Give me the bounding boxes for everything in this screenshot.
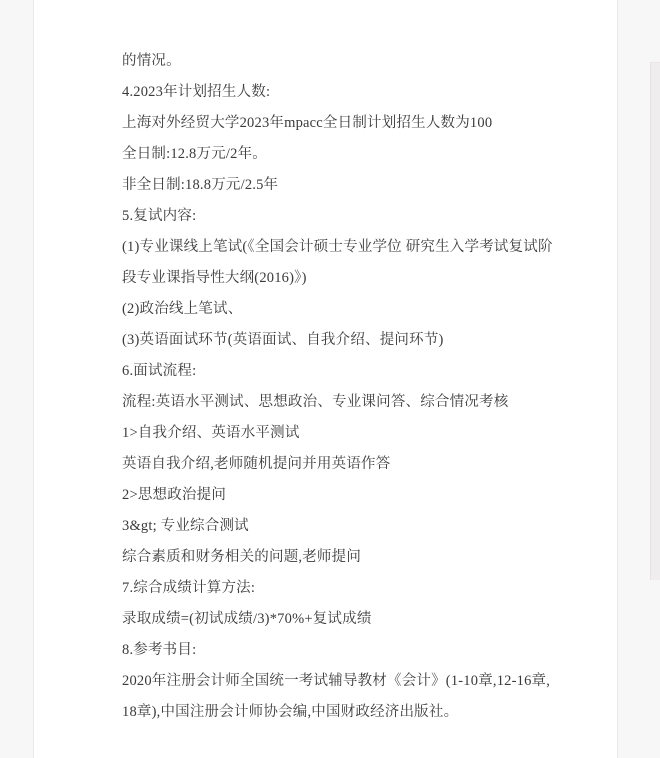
- text-line: 4.2023年计划招生人数:: [122, 85, 577, 100]
- text-line: 的情况。: [122, 54, 577, 69]
- text-line: 综合素质和财务相关的问题,老师提问: [122, 550, 577, 565]
- text-line: 6.面试流程:: [122, 364, 577, 379]
- scrollbar-thumb[interactable]: [650, 62, 660, 580]
- text-line: 录取成绩=(初试成绩/3)*70%+复试成绩: [122, 612, 577, 627]
- article-card: 的情况。 4.2023年计划招生人数: 上海对外经贸大学2023年mpacc全日…: [33, 0, 618, 758]
- text-line: 7.综合成绩计算方法:: [122, 581, 577, 596]
- text-line: (1)专业课线上笔试(《全国会计硕士专业学位 研究生入学考试复试阶: [122, 240, 577, 255]
- text-line: 8.参考书目:: [122, 643, 577, 658]
- text-line: 18章),中国注册会计师协会编,中国财政经济出版社。: [122, 705, 577, 720]
- text-line: 非全日制:18.8万元/2.5年: [122, 178, 577, 193]
- text-line: 英语自我介绍,老师随机提问并用英语作答: [122, 457, 577, 472]
- text-line: 3&gt; 专业综合测试: [122, 519, 577, 534]
- article-content: 的情况。 4.2023年计划招生人数: 上海对外经贸大学2023年mpacc全日…: [34, 0, 617, 736]
- text-line: 上海对外经贸大学2023年mpacc全日制计划招生人数为100: [122, 116, 577, 131]
- text-line: 全日制:12.8万元/2年。: [122, 147, 577, 162]
- text-line: 1>自我介绍、英语水平测试: [122, 426, 577, 441]
- text-line: 2020年注册会计师全国统一考试辅导教材《会计》(1-10章,12-16章,: [122, 674, 577, 689]
- text-line: 流程:英语水平测试、思想政治、专业课问答、综合情况考核: [122, 395, 577, 410]
- page-background: 的情况。 4.2023年计划招生人数: 上海对外经贸大学2023年mpacc全日…: [0, 0, 660, 758]
- text-line: (3)英语面试环节(英语面试、自我介绍、提问环节): [122, 333, 577, 348]
- text-line: 5.复试内容:: [122, 209, 577, 224]
- text-line: 2>思想政治提问: [122, 488, 577, 503]
- text-line: 段专业课指导性大纲(2016)》): [122, 271, 577, 286]
- text-line: (2)政治线上笔试、: [122, 302, 577, 317]
